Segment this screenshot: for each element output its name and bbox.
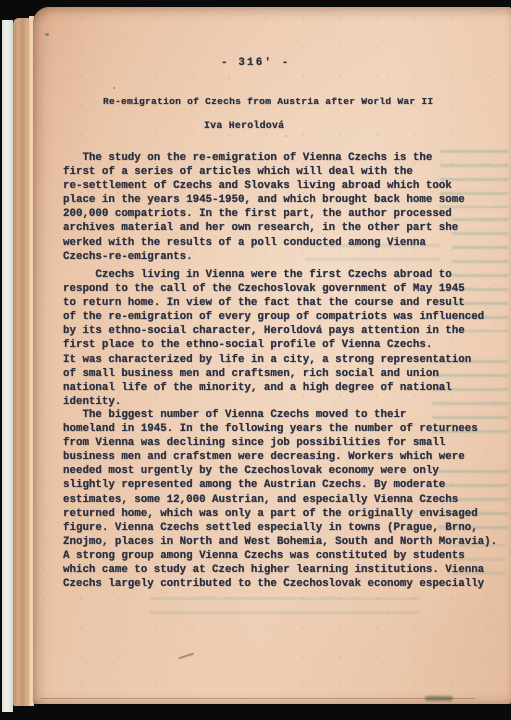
text-line: Czechs largely contributed to the Czecho… [63,577,497,591]
text-line: Znojmo, places in North and West Bohemia… [63,535,497,549]
scanned-book-photo: - 316' - Re-emigration of Czechs from Au… [0,0,511,720]
text-line: figure. Vienna Czechs settled especially… [63,521,497,535]
text-line: re-settlement of Czechs and Slovaks livi… [63,179,465,193]
text-line: The study on the re-emigration of Vienna… [63,151,465,165]
text-line: national life of the minority, and a hig… [63,381,484,395]
text-line: homeland in 1945. In the following years… [63,422,497,436]
paper-speck [113,87,115,89]
text-line: The biggest number of Vienna Czechs move… [63,408,497,422]
text-line: werked with the results of a poll conduc… [63,236,465,250]
text-line: business men and crafstmen were decreasi… [63,450,497,464]
paper-speck [285,135,287,137]
bleed-through-mark [150,593,420,619]
text-line: first place to the ethno-social profile … [63,338,484,352]
document-page: - 316' - Re-emigration of Czechs from Au… [33,7,511,704]
paragraph-re-emigration-numbers: The biggest number of Vienna Czechs move… [63,408,497,591]
paper-speck [45,33,49,36]
text-line: by its ethno-social character, Heroldová… [63,324,484,338]
text-line: of the re-emigration of every group of c… [63,310,484,324]
page-number: - 316' - [221,56,290,70]
ink-smudge [425,696,453,701]
text-line: needed most urgently by the Czechoslovak… [63,464,497,478]
text-line: A strong group among Vienna Czechs was c… [63,549,497,563]
text-line: slightly represented among the Austrian … [63,478,497,492]
paper-fiber [178,653,194,659]
paragraph-ethno-social-profile: Czechs living in Vienna were the first C… [63,268,484,409]
text-line: archives material and her own research, … [63,221,465,235]
text-line: identity. [63,395,484,409]
text-line: first of a series of articles which will… [63,165,465,179]
text-line: from Vienna was declining since job poss… [63,436,497,450]
text-line: which came to study at Czech higher lear… [63,563,497,577]
text-line: of small business men and craftsmen, ric… [63,367,484,381]
paragraph-abstract: The study on the re-emigration of Vienna… [63,151,465,264]
text-line: to return home. In view of the fact that… [63,296,484,310]
article-title: Re-emigration of Czechs from Austria aft… [103,95,433,108]
text-line: Czechs living in Vienna were the first C… [63,268,484,282]
book-page-edges-white [2,20,13,712]
author-name: Iva Heroldová [204,119,284,132]
text-line: 200,000 compatriots. In the first part, … [63,207,465,221]
text-line: estimates, some 12,000 Austrian, and esp… [63,493,497,507]
text-line: Czechs-re-emigrants. [63,250,465,264]
text-line: returned home, which was only a part of … [63,507,497,521]
text-line: respond to the call of the Czechoslovak … [63,282,484,296]
text-line: It was characterized by life in a city, … [63,353,484,367]
text-line: place in the years 1945-1950, and which … [63,193,465,207]
